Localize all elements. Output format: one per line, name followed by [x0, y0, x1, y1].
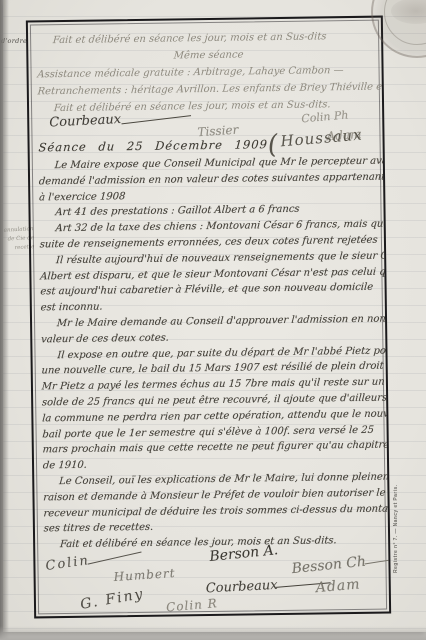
signature: Colin Ph — [301, 108, 349, 125]
book-gutter-shadow — [0, 0, 9, 640]
signature: Humbert — [113, 566, 176, 584]
page-bottom-shadow — [0, 626, 426, 640]
signature: Adam — [315, 576, 361, 596]
session-deliberation-text: Séance du 25 Décembre 1909Le Maire expos… — [37, 132, 386, 554]
signature: Colin — [45, 553, 91, 574]
ruled-frame: Fait et délibéré en séance les jour, moi… — [26, 16, 391, 619]
previous-deliberation-text: Fait et délibéré en séance les jour, moi… — [36, 28, 380, 118]
signature: G. Finy — [79, 586, 145, 613]
signature: Besson Ch — [291, 554, 367, 577]
signature: Courbeaux — [205, 578, 277, 596]
signature: Courbeaux — [49, 112, 121, 130]
signature: Colin R — [166, 596, 219, 614]
printer-imprint: Registre n° 7. — Nancy et Paris. — [393, 408, 399, 573]
photographed-register-page: d'ordre annulationde Cie derecette Fait … — [0, 0, 426, 640]
